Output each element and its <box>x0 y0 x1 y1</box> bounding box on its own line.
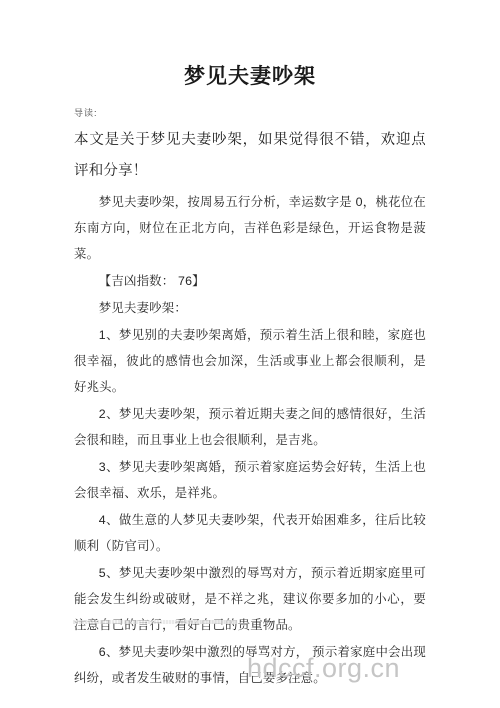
site-watermark: hdccf.org.cn <box>247 652 400 684</box>
faint-footnote-line <box>185 620 237 624</box>
body-paragraph: 梦见夫妻吵架，按周易五行分析，幸运数字是 0，桃花位在东南方向，财位在正北方向，… <box>74 189 426 267</box>
body-paragraph: 【吉凶指数： 76】 <box>74 268 426 294</box>
page-title: 梦见夫妻吵架 <box>74 62 426 92</box>
body-paragraph: 3、梦见夫妻吵架离婚，预示着家庭运势会好转，生活上也会很幸福、欢乐，是祥兆。 <box>74 454 426 506</box>
lead-label: 导读: <box>74 108 426 118</box>
document-page: 梦见夫妻吵架 导读: 本文是关于梦见夫妻吵架，如果觉得很不错，欢迎点评和分享！ … <box>0 0 500 708</box>
body-paragraph: 4、做生意的人梦见夫妻吵架，代表开始困难多，往后比较顺利（防官司）。 <box>74 507 426 559</box>
body-paragraph: 5、梦见夫妻吵架中激烈的辱骂对方，预示着近期家庭里可能会发生纠纷或破财，是不祥之… <box>74 560 426 638</box>
body-paragraph: 2、梦见夫妻吵架，预示着近期夫妻之间的感情很好，生活会很和睦，而且事业上也会很顺… <box>74 401 426 453</box>
body-paragraph: 1、梦见别的夫妻吵架离婚，预示着生活上很和睦，家庭也很幸福，彼此的感情也会加深，… <box>74 322 426 400</box>
body-paragraph: 梦见夫妻吵架： <box>74 295 426 321</box>
article-body: 梦见夫妻吵架，按周易五行分析，幸运数字是 0，桃花位在东南方向，财位在正北方向，… <box>74 189 426 691</box>
intro-paragraph: 本文是关于梦见夫妻吵架，如果觉得很不错，欢迎点评和分享！ <box>74 125 426 187</box>
